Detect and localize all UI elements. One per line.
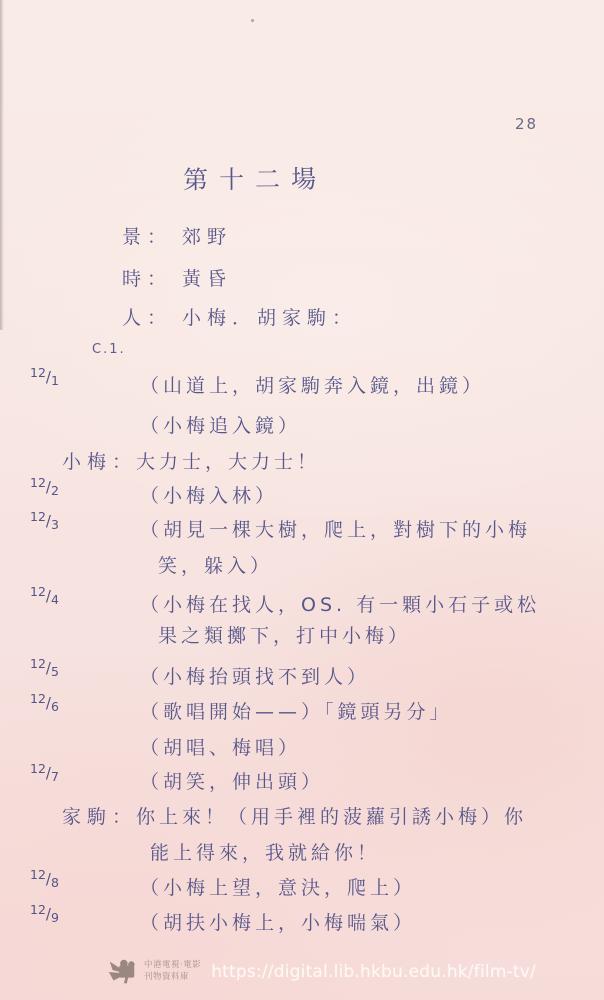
stage-direction: （歌唱開始——）「鏡頭另分」 xyxy=(140,697,453,724)
shot-number: 12/8 xyxy=(30,870,59,888)
script-line: 12/5 （小梅抬頭找不到人） xyxy=(0,662,604,689)
stage-direction-continued: 笑，躲入） xyxy=(158,551,273,578)
scanned-script-page: 28 第十二場 景： 郊野 時： 黃昏 人： 小梅．胡家駒： C.1. 12/1… xyxy=(0,0,604,1000)
script-line: 12/6 （歌唱開始——）「鏡頭另分」 xyxy=(0,697,604,724)
shot-number: 12/6 xyxy=(30,694,59,712)
dialogue-text: 大力士，大力士！ xyxy=(136,447,320,474)
shot-number: 12/5 xyxy=(30,659,59,677)
script-line: 能上得來，我就給你！ xyxy=(0,838,604,865)
stage-direction: （胡見一棵大樹，爬上，對樹下的小梅 xyxy=(140,515,531,542)
shot-number: 12/7 xyxy=(30,764,59,782)
page-number: 28 xyxy=(515,115,538,133)
script-line: （小梅追入鏡） xyxy=(0,411,604,438)
time-label: 時： xyxy=(122,264,172,291)
script-line: 12/2 （小梅入林） xyxy=(0,481,604,508)
stage-direction-continued: 果之類擲下，打中小梅） xyxy=(158,621,411,648)
script-line: 12/8 （小梅上望，意決，爬上） xyxy=(0,873,604,900)
stage-direction: （小梅在找人，OS. 有一顆小石子或松 xyxy=(140,590,540,617)
script-line: 小梅： 大力士，大力士！ xyxy=(0,447,604,474)
film-camera-icon xyxy=(106,956,138,988)
script-line: 12/7 （胡笑，伸出頭） xyxy=(0,767,604,794)
stage-direction: （胡扶小梅上，小梅喘氣） xyxy=(140,908,416,935)
scene-value: 郊野 xyxy=(182,222,232,249)
shot-number: 12/3 xyxy=(30,512,59,530)
watermark-org-line2: 刊物資料庫 xyxy=(144,972,201,984)
dialogue-text-continued: 能上得來，我就給你！ xyxy=(150,838,380,865)
stage-direction: （胡唱、梅唱） xyxy=(140,733,301,760)
scene-setting-row: 景： 郊野 xyxy=(122,222,232,249)
scene-title: 第十二場 xyxy=(183,159,327,196)
script-line: 家駒： 你上來！（用手裡的菠蘿引誘小梅）你 xyxy=(0,802,604,829)
speaker-name: 家駒： xyxy=(62,802,137,829)
script-line: 12/4 （小梅在找人，OS. 有一顆小石子或松 xyxy=(0,590,604,617)
stage-direction: （小梅抬頭找不到人） xyxy=(140,662,370,689)
script-line: 果之類擲下，打中小梅） xyxy=(0,621,604,648)
stage-direction: （小梅追入鏡） xyxy=(140,411,301,438)
script-line: 12/1 （山道上，胡家駒奔入鏡，出鏡） xyxy=(0,371,604,398)
script-line: 12/9 （胡扶小梅上，小梅喘氣） xyxy=(0,908,604,935)
stage-direction: （小梅入林） xyxy=(140,481,278,508)
dust-speck xyxy=(251,19,254,22)
shot-number: 12/4 xyxy=(30,587,59,605)
watermark-org-line1: 中港電視·電影 xyxy=(144,960,201,972)
script-line: （胡唱、梅唱） xyxy=(0,733,604,760)
shot-number: 12/9 xyxy=(30,905,59,923)
stage-direction: （山道上，胡家駒奔入鏡，出鏡） xyxy=(140,371,485,398)
shot-number: 12/1 xyxy=(30,368,59,386)
stage-direction: （胡笑，伸出頭） xyxy=(140,767,324,794)
script-line: 笑，躲入） xyxy=(0,551,604,578)
time-setting-row: 時： 黃昏 xyxy=(122,264,232,291)
shot-number: 12/2 xyxy=(30,478,59,496)
cast-value: 小梅．胡家駒： xyxy=(182,303,357,330)
watermark-org-name: 中港電視·電影 刊物資料庫 xyxy=(144,960,201,984)
speaker-name: 小梅： xyxy=(62,447,137,474)
cast-label: 人： xyxy=(122,303,172,330)
scene-label: 景： xyxy=(122,222,172,249)
stage-direction: （小梅上望，意決，爬上） xyxy=(140,873,416,900)
time-value: 黃昏 xyxy=(182,264,232,291)
watermark-url: https://digital.lib.hkbu.edu.hk/film-tv/ xyxy=(211,962,536,982)
script-line: 12/3 （胡見一棵大樹，爬上，對樹下的小梅 xyxy=(0,515,604,542)
cast-row: 人： 小梅．胡家駒： xyxy=(122,303,357,330)
library-watermark: 中港電視·電影 刊物資料庫 https://digital.lib.hkbu.e… xyxy=(106,950,536,994)
dialogue-text: 你上來！（用手裡的菠蘿引誘小梅）你 xyxy=(136,802,527,829)
scan-edge-shadow xyxy=(0,0,4,330)
camera-cue: C.1. xyxy=(92,342,126,357)
